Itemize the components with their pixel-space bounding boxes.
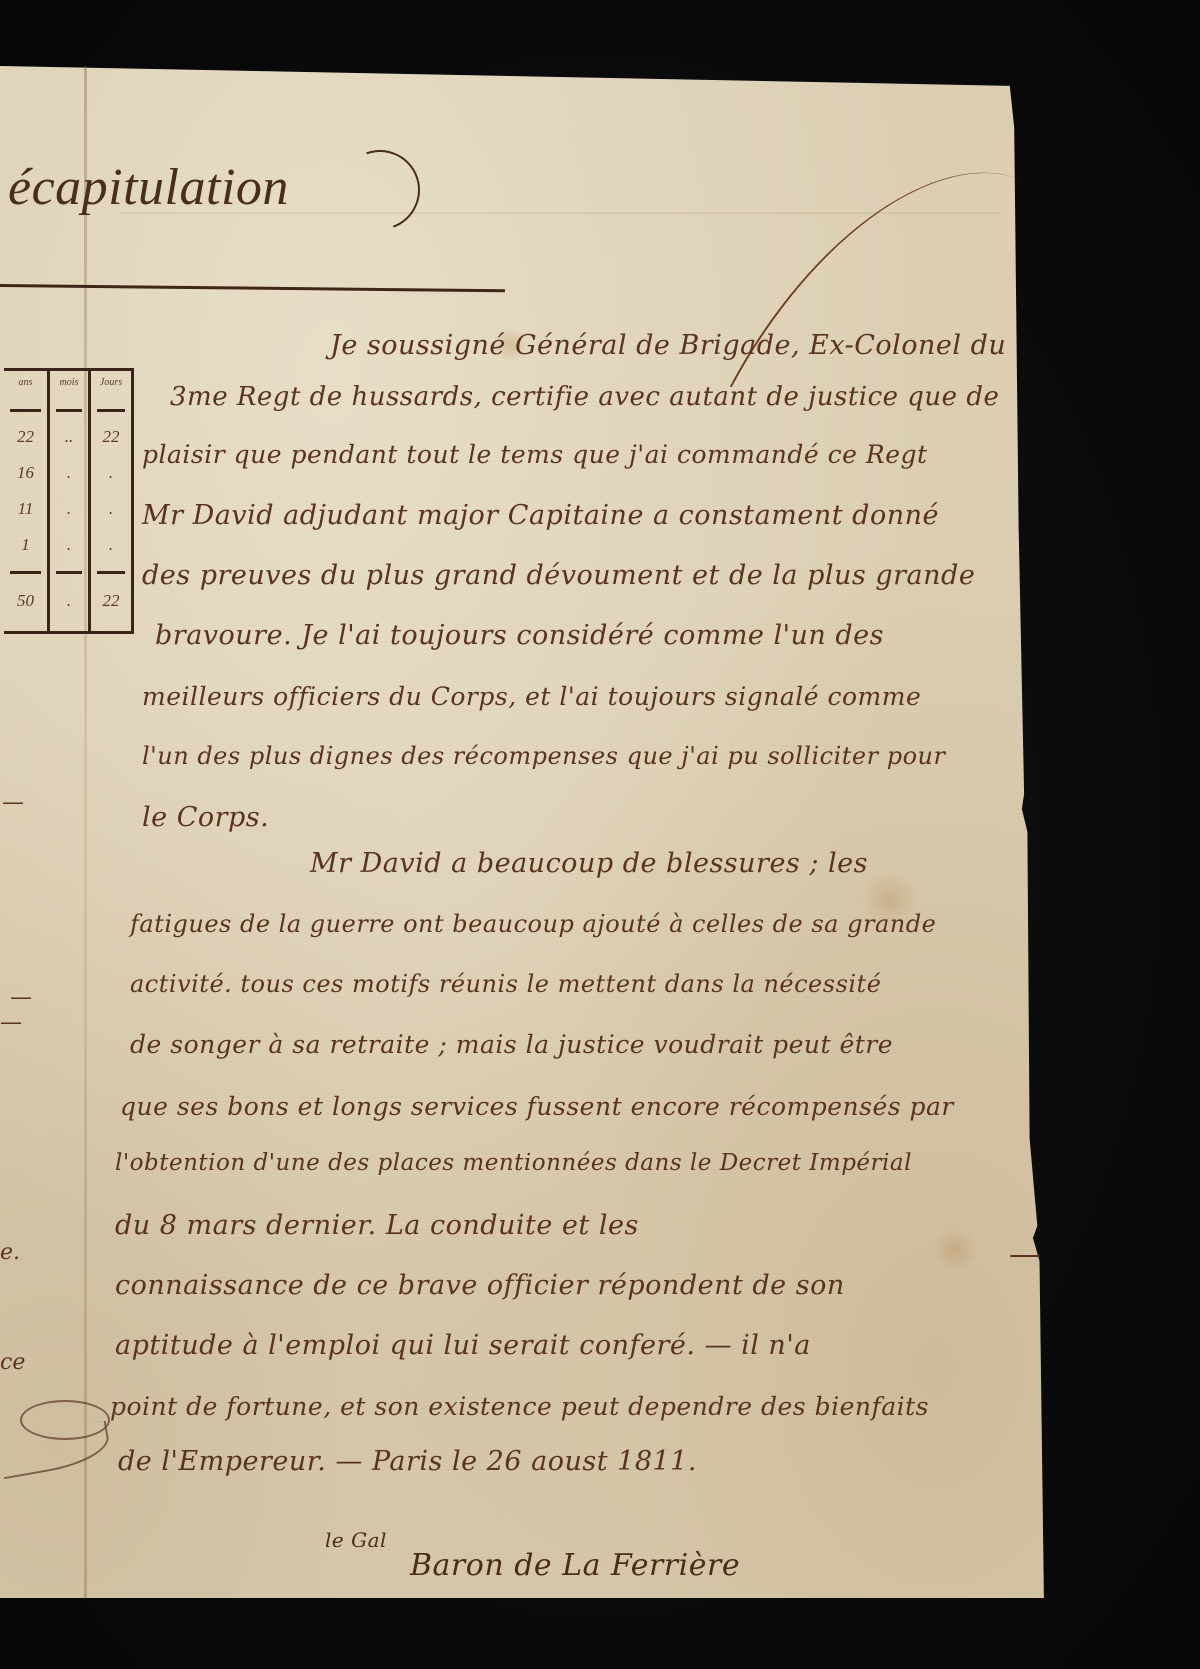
- table-cell: 22: [4, 427, 47, 447]
- table-column-years: ans 22 16 11 1 50: [4, 371, 50, 631]
- table-cell: 16: [4, 463, 47, 483]
- letter-line: point de fortune, et son existence peut …: [110, 1392, 929, 1421]
- signature-name: Baron de La Ferrière: [410, 1548, 740, 1583]
- letter-line: fatigues de la guerre ont beaucoup ajout…: [130, 910, 936, 938]
- left-page-fragment: —: [10, 985, 32, 1010]
- table-cell: .: [50, 535, 88, 555]
- table-cell: .: [91, 499, 131, 519]
- table-cell: .: [91, 463, 131, 483]
- letter-line: bravoure. Je l'ai toujours considéré com…: [155, 620, 884, 651]
- letter-line: de l'Empereur. — Paris le 26 aoust 1811.: [118, 1446, 697, 1477]
- table-rule: [97, 571, 125, 574]
- table-cell: ..: [50, 427, 88, 447]
- left-page-fragment: —: [0, 1010, 22, 1035]
- signature-prefix: le Gal: [325, 1528, 387, 1552]
- table-total: 22: [91, 591, 131, 611]
- letter-line: meilleurs officiers du Corps, et l'ai to…: [142, 682, 921, 711]
- table-cell: .: [91, 535, 131, 555]
- table-cell: 22: [91, 427, 131, 447]
- letter-line: l'un des plus dignes des récompenses que…: [142, 742, 945, 770]
- letter-line: Mr David a beaucoup de blessures ; les: [310, 848, 868, 879]
- table-column-months: mois .. . . . .: [50, 371, 91, 631]
- table-total: 50: [4, 591, 47, 611]
- table-rule: [56, 409, 82, 412]
- service-tally-table: ans 22 16 11 1 50 mois .. . . . . Jours …: [4, 368, 134, 634]
- left-page-fragment: —: [2, 790, 24, 815]
- table-rule: [10, 409, 41, 412]
- letter-line: 3me Regt de hussards, certifie avec auta…: [170, 382, 999, 412]
- letter-line: des preuves du plus grand dévoument et d…: [142, 560, 975, 591]
- table-cell: .: [50, 499, 88, 519]
- left-page-fragment: e.: [0, 1240, 20, 1265]
- document-heading: écapitulation: [8, 158, 289, 217]
- letter-line: que ses bons et longs services fussent e…: [120, 1092, 954, 1121]
- letter-line: connaissance de ce brave officier répond…: [115, 1270, 845, 1301]
- letter-line: de songer à sa retraite ; mais la justic…: [130, 1030, 893, 1059]
- table-column-days: Jours 22 . . . 22: [91, 371, 131, 631]
- photo-stage: écapitulation ans 22 16 11 1 50 mois .. …: [0, 0, 1200, 1669]
- table-rule: [10, 571, 41, 574]
- letter-line: du 8 mars dernier. La conduite et les: [115, 1210, 639, 1241]
- table-rule: [97, 409, 125, 412]
- table-rule: [56, 571, 82, 574]
- column-header: Jours: [91, 371, 131, 399]
- table-cell: 11: [4, 499, 47, 519]
- letter-line: l'obtention d'une des places mentionnées…: [115, 1150, 912, 1176]
- line-filler-stroke: [1010, 1255, 1040, 1257]
- letter-line: Je soussigné Général de Brigade, Ex-Colo…: [330, 330, 1006, 361]
- table-cell: 1: [4, 535, 47, 555]
- letter-line: aptitude à l'emploi qui lui serait confe…: [115, 1330, 811, 1361]
- letter-line: activité. tous ces motifs réunis le mett…: [130, 970, 881, 998]
- left-page-fragment: ce: [0, 1350, 25, 1375]
- letter-line: Mr David adjudant major Capitaine a cons…: [142, 500, 939, 531]
- letter-line: plaisir que pendant tout le tems que j'a…: [142, 440, 928, 469]
- letter-line: le Corps.: [142, 802, 269, 833]
- paper-stain: [930, 1230, 980, 1270]
- paper-fold-vertical: [84, 66, 87, 1598]
- table-cell: .: [50, 463, 88, 483]
- column-header: ans: [4, 371, 47, 399]
- table-total: .: [50, 591, 88, 611]
- column-header: mois: [50, 371, 88, 399]
